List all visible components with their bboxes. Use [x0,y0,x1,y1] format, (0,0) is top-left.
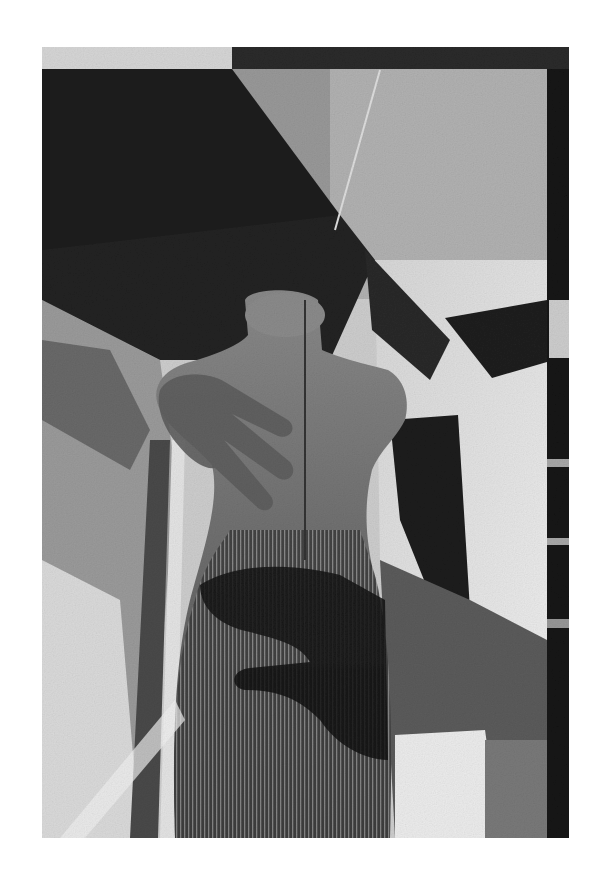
photo-montage [0,0,612,886]
mannequin-neck [245,293,325,337]
right-edge-light-1 [549,300,569,358]
right-edge-light-2 [547,459,569,467]
right-edge-strip [547,69,569,838]
top-band-pale [42,47,232,69]
light-patch-lower-right [395,730,500,838]
right-edge-light-3 [547,538,569,545]
right-edge-light-4 [547,619,569,628]
mid-grey-lower-right [485,740,547,838]
dark-frame-band [232,47,569,69]
